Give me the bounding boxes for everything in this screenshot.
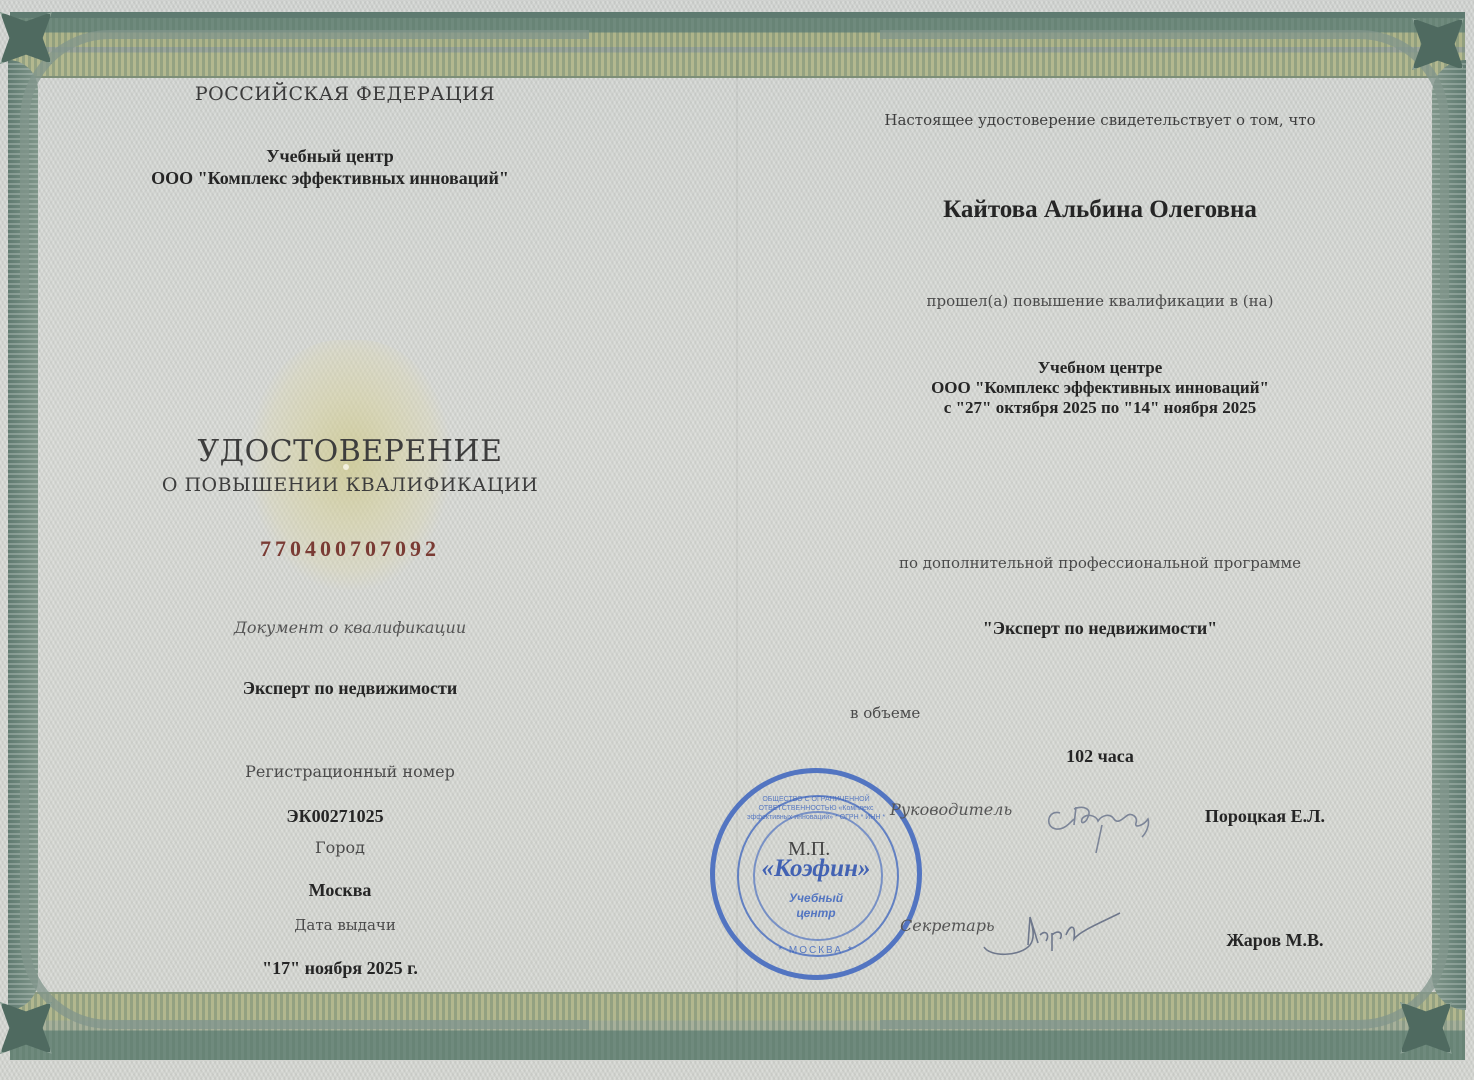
- head-signature-icon: [1040, 795, 1170, 865]
- issue-date: "17" ноября 2025 г.: [210, 958, 470, 979]
- secretary-signature-icon: [980, 895, 1130, 965]
- seal-label: М.П.: [788, 838, 830, 861]
- seal-sub-line-2: центр: [715, 906, 917, 921]
- seal-city: * МОСКВА *: [715, 945, 917, 956]
- seal-ring-text: ОБЩЕСТВО С ОГРАНИЧЕННОЙ ОТВЕТСТВЕННОСТЬЮ…: [736, 795, 896, 822]
- border-rope-top-right: [880, 30, 1449, 299]
- org-line-2: ООО "Комплекс эффективных инноваций": [840, 378, 1360, 398]
- issuer-line-1: Учебный центр: [80, 146, 580, 167]
- city: Москва: [260, 880, 420, 901]
- program-label: по дополнительной профессиональной прогр…: [850, 554, 1350, 572]
- intro-text: Настоящее удостоверение свидетельствует …: [840, 111, 1360, 129]
- issuer-line-2: ООО "Комплекс эффективных инноваций": [80, 168, 580, 189]
- program-name: "Эксперт по недвижимости": [900, 618, 1300, 639]
- study-period: с "27" октября 2025 по "14" ноября 2025: [840, 398, 1360, 418]
- rosette-center-icon: [343, 464, 349, 470]
- seal-sub-line-1: Учебный: [715, 891, 917, 906]
- org-line-1: Учебном центре: [840, 358, 1360, 378]
- serial-number: 770400707092: [200, 536, 500, 562]
- doc-type-label: Документ о квалификации: [190, 618, 510, 637]
- reg-number-label: Регистрационный номер: [180, 762, 520, 781]
- country-heading: РОССИЙСКАЯ ФЕДЕРАЦИЯ: [180, 83, 510, 105]
- doc-subtitle: О ПОВЫШЕНИИ КВАЛИФИКАЦИИ: [140, 474, 560, 496]
- secretary-name: Жаров М.В.: [1200, 930, 1350, 951]
- holder-name: Кайтова Альбина Олеговна: [850, 196, 1350, 224]
- reg-number: ЭК00271025: [235, 806, 435, 827]
- issue-date-label: Дата выдачи: [260, 916, 430, 934]
- completed-text: прошел(а) повышение квалификации в (на): [860, 292, 1340, 310]
- city-label: Город: [280, 838, 400, 857]
- volume-label: в объеме: [850, 704, 930, 722]
- doc-title: УДОСТОВЕРЕНИЕ: [140, 434, 560, 469]
- head-label: Руководитель: [890, 800, 1030, 819]
- head-name: Пороцкая Е.Л.: [1180, 806, 1350, 827]
- qualification: Эксперт по недвижимости: [160, 678, 540, 699]
- volume-hours: 102 часа: [1030, 746, 1170, 767]
